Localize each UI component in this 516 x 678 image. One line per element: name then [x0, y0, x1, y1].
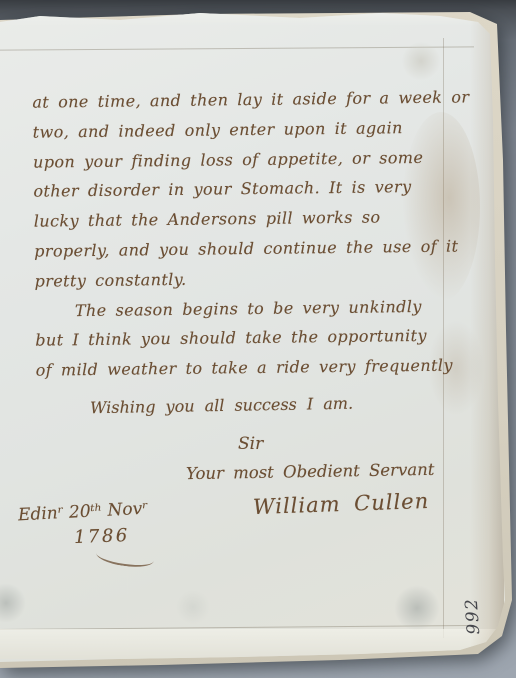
letter-body: at one time, and then lay it aside for a… [32, 82, 474, 385]
pen-flourish [95, 544, 155, 570]
page-shadow-wrapper: at one time, and then lay it aside for a… [0, 0, 516, 678]
dateline-place-date: Edinʳ 20ᵗʰ Novʳ [18, 499, 149, 526]
closing-salutation: Sir [238, 434, 263, 454]
dateline-year: 1786 [74, 525, 131, 548]
photo-background: at one time, and then lay it aside for a… [0, 0, 516, 678]
fold-crease-top [0, 46, 474, 50]
letter-line: of mild weather to take a ride very freq… [35, 350, 473, 385]
closing-line: Your most Obedient Servant [186, 460, 435, 483]
letter-page: at one time, and then lay it aside for a… [0, 0, 516, 678]
mounting-disc [0, 583, 26, 623]
mounting-disc [176, 590, 210, 624]
signature: William Cullen [253, 489, 430, 519]
mounting-disc [394, 585, 440, 631]
letter-line: at one time, and then lay it aside for a… [32, 82, 470, 117]
closing-line: Wishing you all success I am. [90, 394, 353, 418]
mounting-disc [402, 42, 440, 80]
letter-line: other disorder in your Stomach. It is ve… [33, 172, 471, 207]
letter-line: properly, and you should continue the us… [34, 231, 472, 266]
